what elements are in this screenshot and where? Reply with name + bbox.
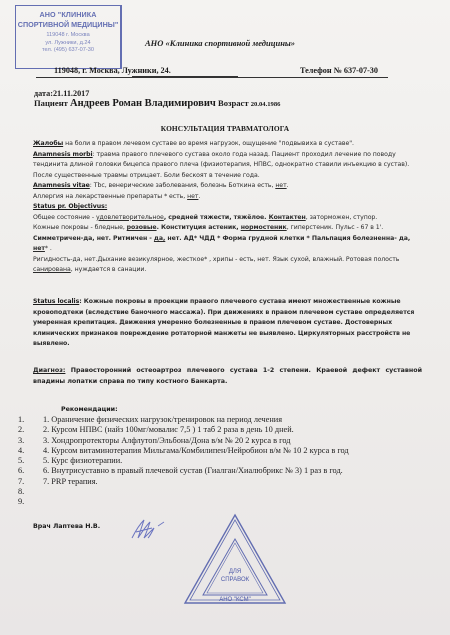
list-item: 1.1. Ораничение физических нагрузок/трен… <box>18 415 349 425</box>
item-text: 4. Курсом витаминотерапия Мильгама/Комби… <box>43 446 349 456</box>
status-localis: Status localis: Кожные покровы в проекци… <box>33 297 429 350</box>
text: Общее состояние - <box>33 214 96 221</box>
item-number: 3. <box>18 436 43 446</box>
list-item: 2.2. Курсом НПВС (найз 100мг/мовалис 7,5… <box>18 425 349 435</box>
stamp-street: ул. Лужники, д.24 <box>16 40 120 48</box>
status-objectivus-label: Status pr. Objectivus: <box>33 203 107 210</box>
text: , средней тяжести, тяжёлое. <box>164 214 269 221</box>
anamnesis-vitae: Anamnesis vitae: Tbc, венерические забол… <box>33 181 429 192</box>
punct: . <box>198 193 200 200</box>
diagnosis: Диагноз: Правосторонний остеоартроз плеч… <box>33 366 422 387</box>
selected-option: удовлетворительное <box>96 214 164 221</box>
address-line: 119048, г. Москва, Лужники, 24. Телефон … <box>36 66 388 78</box>
item-text: 6. Внутрисуставно в правый плечевой суст… <box>43 466 343 476</box>
patient-label: Пациент <box>34 98 68 108</box>
triangle-seal-icon: ДЛЯ СПРАВОК АНО "КСМ" <box>183 513 287 605</box>
stamp-line-2: СПОРТИВНОЙ МЕДИЦИНЫ" <box>16 20 120 29</box>
item-number: 9. <box>18 497 43 507</box>
list-item: 5.5. Курс физиотерапии. <box>18 456 349 466</box>
signature-icon <box>128 516 178 542</box>
patient-name: Андреев Роман Владимирович <box>70 98 216 109</box>
text: * . <box>45 245 52 252</box>
list-item: 8. <box>18 487 349 497</box>
item-text: 3. Хондропротекторы Алфлутоп/Эльбона/Дон… <box>43 436 291 446</box>
clinic-corner-stamp: АНО "КЛИНИКА СПОРТИВНОЙ МЕДИЦИНЫ" 119048… <box>15 5 122 69</box>
complaints-text: на боли в правом лечевом суставе во врем… <box>63 140 354 147</box>
visit-date: дата:21.11.2017 <box>34 89 89 98</box>
patient-line: Пациент Андреев Роман Владимирович Возра… <box>34 98 280 109</box>
selected-option: нет <box>275 182 286 189</box>
item-number: 1. <box>18 415 43 425</box>
complaints: Жалобы на боли в правом лечевом суставе … <box>33 139 429 150</box>
item-text: 5. Курс физиотерапии. <box>43 456 122 466</box>
rigidity-breathing: Ригидность-да, нет.Дыхание везикулярное,… <box>33 255 429 276</box>
selected-option: санирована <box>33 266 71 273</box>
list-item: 3.3. Хондропротекторы Алфлутоп/Эльбона/Д… <box>18 436 349 446</box>
seal-text-1: ДЛЯ <box>229 569 241 575</box>
punct: . <box>287 182 289 189</box>
complaints-label: Жалобы <box>33 140 63 147</box>
anamnesis-morbi-label: Anamnesis morbi <box>33 151 93 158</box>
selected-option: нет <box>187 193 198 200</box>
item-text: 7. PRP терапия. <box>43 477 98 487</box>
allergy: Аллергия на лекарственные препараты * ес… <box>33 192 429 203</box>
stamp-city: 119048 г. Москва <box>16 32 120 40</box>
item-text: 1. Ораничение физических нагрузок/тренир… <box>43 415 282 425</box>
anamnesis-morbi: Anamnesis morbi: травма правого плечевог… <box>33 150 429 182</box>
item-text: 2. Курсом НПВС (найз 100мг/мовалис 7,5 )… <box>43 425 294 435</box>
item-number: 8. <box>18 487 43 497</box>
selected-option: нет <box>33 245 45 252</box>
selected-option: розовые <box>127 224 157 231</box>
list-item: 6.6. Внутрисуставно в правый плечевой су… <box>18 466 349 476</box>
status-localis-label: Status localis <box>33 298 79 305</box>
text: Симметричен-да, нет. Ритмичен - <box>33 235 154 242</box>
stamp-line-1: АНО "КЛИНИКА <box>16 10 120 19</box>
item-number: 4. <box>18 446 43 456</box>
text: Ригидность-да, нет.Дыхание везикулярное,… <box>33 256 399 263</box>
text: Кожные покровы - бледные, <box>33 224 127 231</box>
stamp-phone: тел. (495) 637-07-30 <box>16 47 120 55</box>
allergy-text: Аллергия на лекарственные препараты * ес… <box>33 193 187 200</box>
anamnesis-vitae-text: : Tbc, венерические заболевания, болезнь… <box>90 182 276 189</box>
symmetry-rhythm: Симметричен-да, нет. Ритмичен - да, нет.… <box>33 234 429 245</box>
text: , заторможен, ступор. <box>306 214 378 221</box>
list-item: 4.4. Курсом витаминотерапия Мильгама/Ком… <box>18 446 349 456</box>
list-item: 9. <box>18 497 349 507</box>
recommendations-title: Рекомендации: <box>61 406 118 413</box>
text: нет. АД* ЧДД * Форма грудной клетки * Па… <box>165 235 410 242</box>
stamp-address: 119048 г. Москва ул. Лужники, д.24 тел. … <box>16 32 120 55</box>
clinic-address: 119048, г. Москва, Лужники, 24. <box>54 66 171 75</box>
selected-option: да, <box>154 235 165 242</box>
palpation: нет* . <box>33 244 429 255</box>
text: , нуждается в санации. <box>71 266 147 273</box>
seal-text-bottom: АНО "КСМ" <box>219 597 251 603</box>
general-state: Общее состояние - удовлетворительное, ср… <box>33 213 429 224</box>
text: , гиперстеник. Пульс - 67 в 1'. <box>287 224 384 231</box>
document-title: КОНСУЛЬТАЦИЯ ТРАВМАТОЛОГА <box>0 124 450 133</box>
patient-dob: 20.04.1986 <box>251 101 281 108</box>
item-number: 2. <box>18 425 43 435</box>
list-item: 7.7. PRP терапия. <box>18 477 349 487</box>
clinic-title: АНО «Клиника спортивной медицины» <box>145 38 295 48</box>
text: . Конституция астеник, <box>157 224 241 231</box>
divider <box>132 76 238 78</box>
selected-option: Контактен <box>269 214 306 221</box>
recommendations-list: 1.1. Ораничение физических нагрузок/трен… <box>18 415 349 508</box>
anamnesis-section: Жалобы на боли в правом лечевом суставе … <box>33 139 429 276</box>
doctor-name: Врач Лаптева Н.В. <box>33 523 100 530</box>
age-label: Возраст <box>218 98 249 108</box>
diagnosis-text: Правосторонний остеоартроз плечевого сус… <box>33 367 422 385</box>
clinic-phone: Телефон № 637-07-30 <box>300 66 378 75</box>
item-number: 5. <box>18 456 43 466</box>
status-localis-text: : Кожные покровы в проекции правого плеч… <box>33 298 414 347</box>
selected-option: нормостеник <box>241 224 287 231</box>
skin-constitution: Кожные покровы - бледные, розовые. Конст… <box>33 223 429 234</box>
anamnesis-vitae-label: Anamnesis vitae <box>33 182 90 189</box>
item-number: 7. <box>18 477 43 487</box>
item-number: 6. <box>18 466 43 476</box>
seal-text-2: СПРАВОК <box>221 577 250 583</box>
status-objectivus-heading: Status pr. Objectivus: <box>33 202 429 213</box>
diagnosis-label: Диагноз: <box>33 367 65 374</box>
